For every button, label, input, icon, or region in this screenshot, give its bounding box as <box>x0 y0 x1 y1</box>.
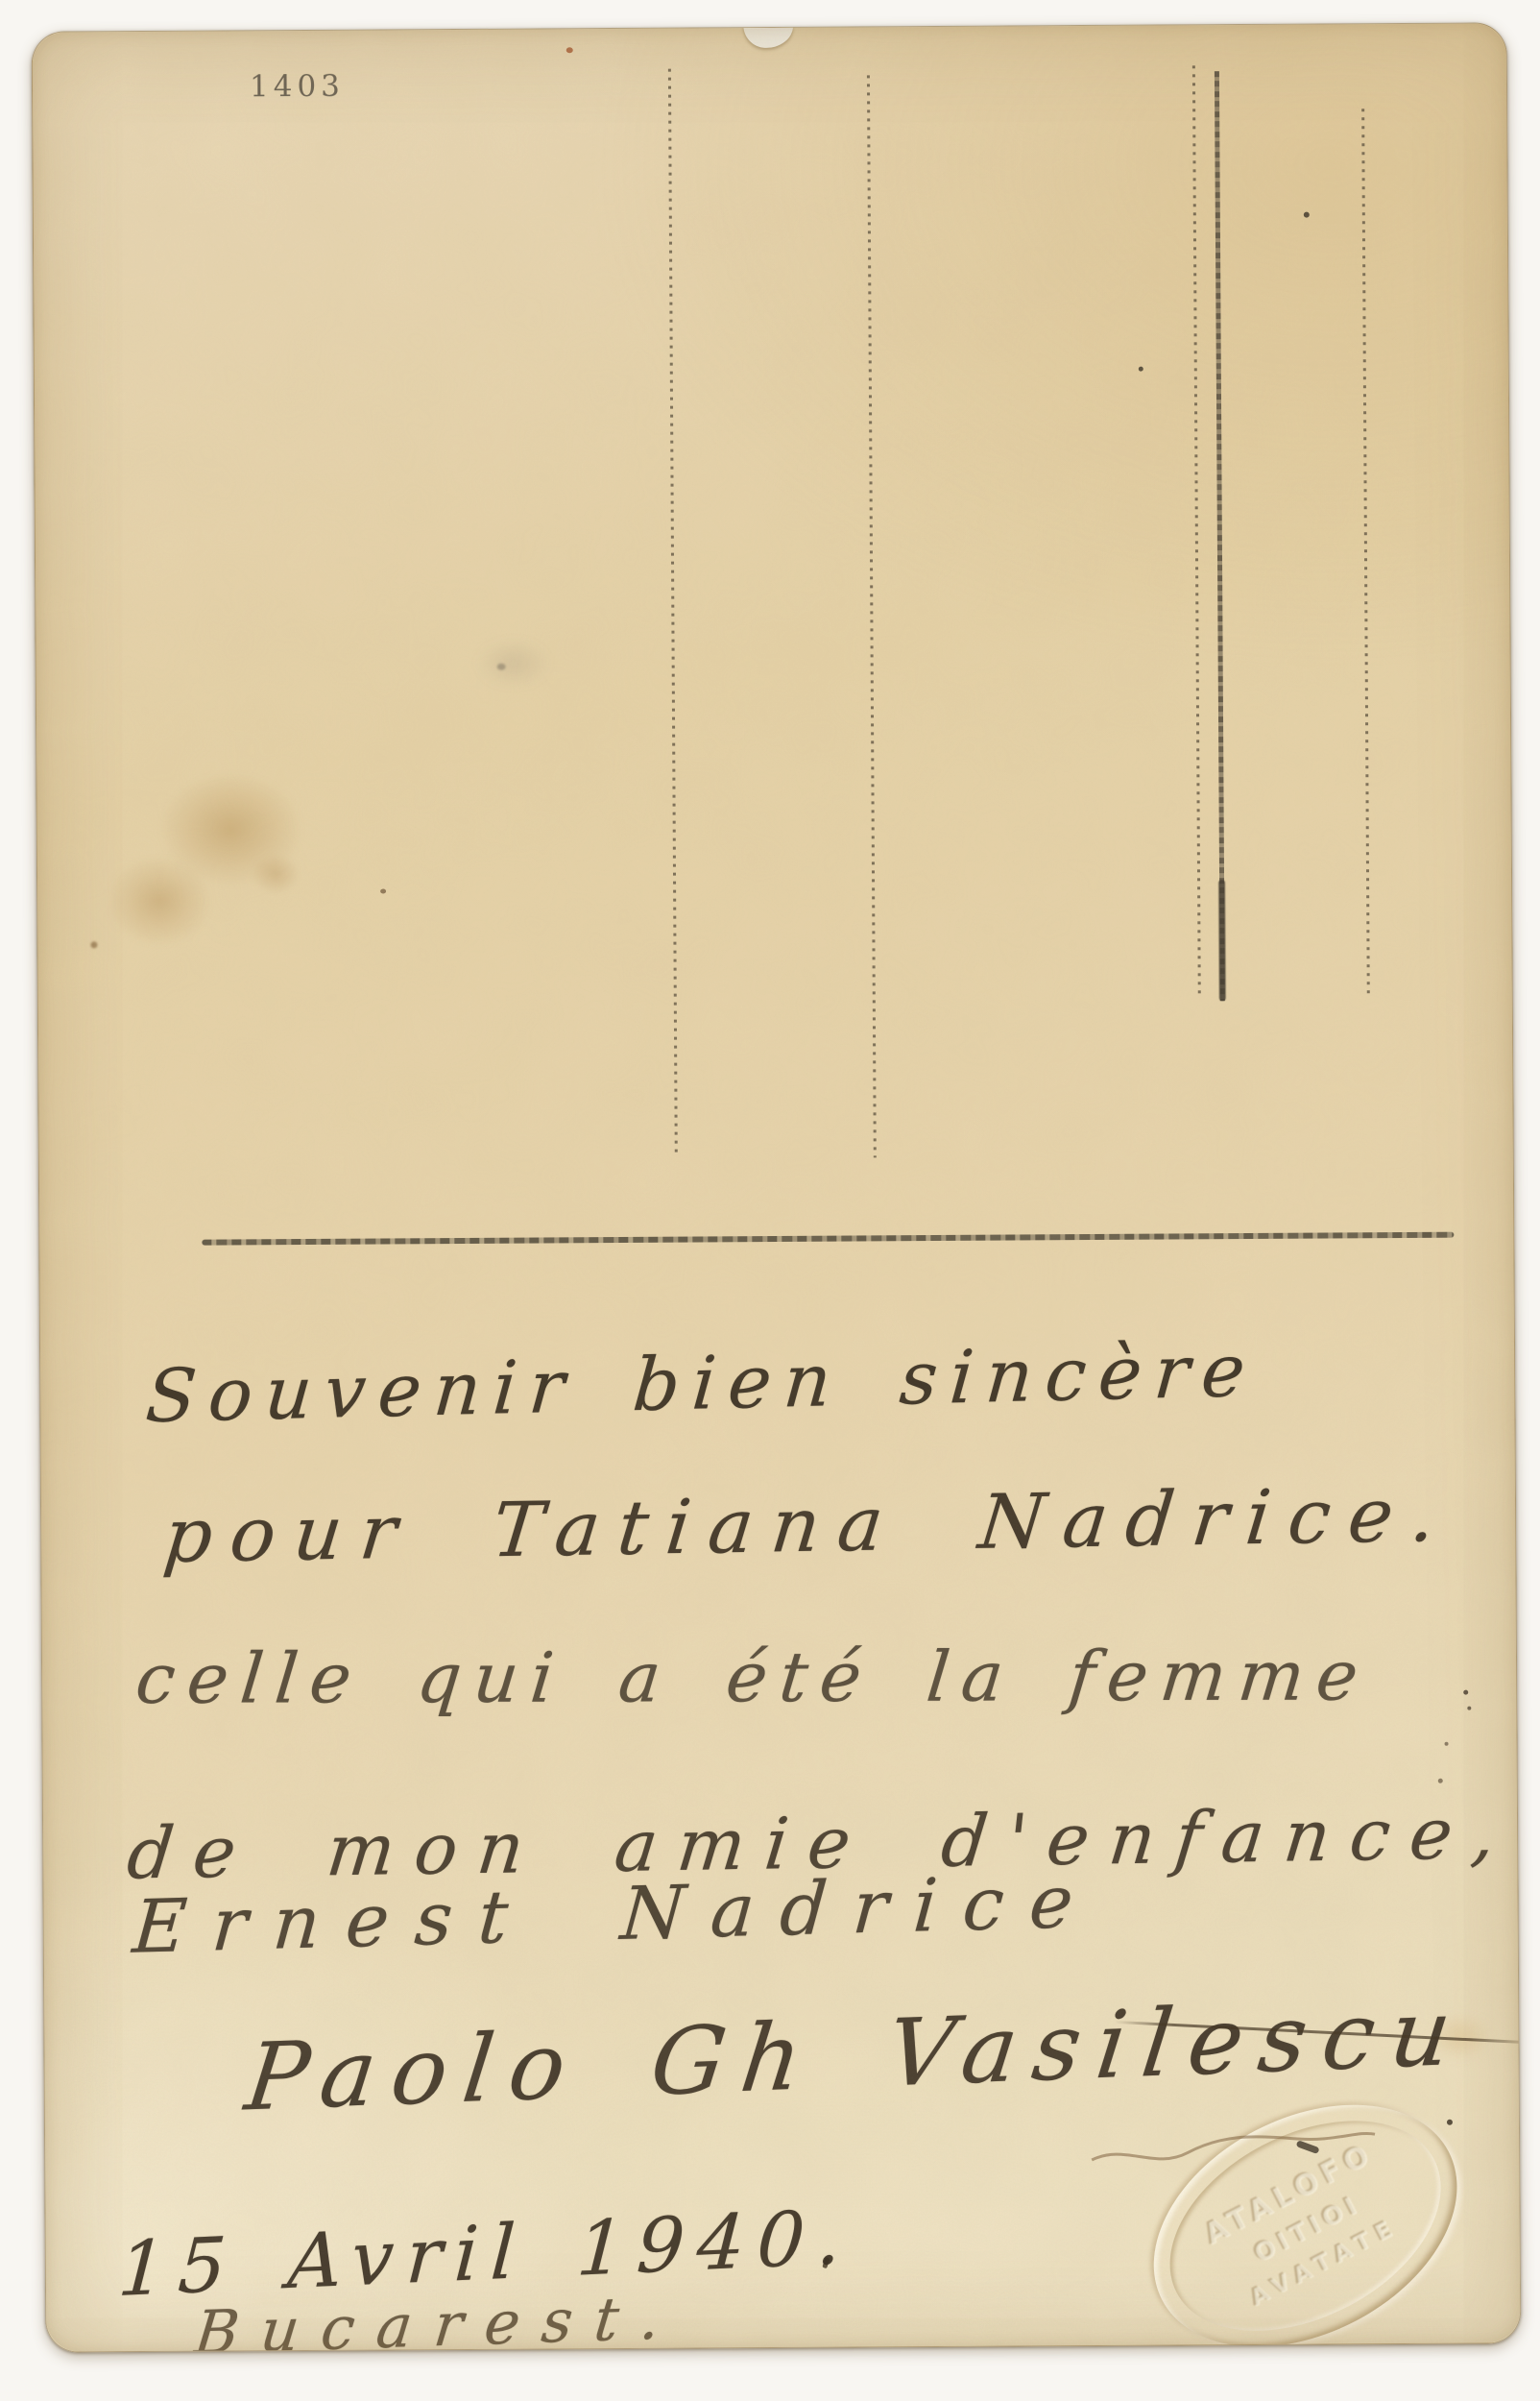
dotted-guide-line-3 <box>1192 65 1201 995</box>
ink-squiggle <box>1087 2105 1384 2184</box>
dotted-guide-line-4 <box>1361 109 1370 996</box>
message-divider-line <box>202 1232 1454 1246</box>
message-line-3: celle qui a été la femme <box>132 1635 1375 1718</box>
foxing-stain <box>107 856 213 948</box>
scan-background: { "postcard": { "serial_number": "1403",… <box>0 0 1540 2401</box>
ink-fleck <box>1447 2120 1453 2125</box>
gray-smudge <box>460 629 565 697</box>
ink-fleck <box>380 888 386 893</box>
stamp-text: ATALOFO OITIOI AVATATE <box>1113 2056 1498 2353</box>
ink-fleck <box>1139 367 1143 372</box>
foxing-stain <box>158 771 303 887</box>
postcard-back: 1403 Souvenir bien sincère pour Tatiana … <box>32 22 1522 2352</box>
foxing-stain <box>241 845 310 903</box>
ink-fleck <box>90 941 97 948</box>
message-line-1: Souvenir bien sincère <box>143 1327 1262 1439</box>
ink-fleck <box>1445 1742 1449 1746</box>
message-line-2: pour Tatiana Nadrice. <box>159 1472 1457 1580</box>
ink-fleck <box>1438 1779 1443 1783</box>
ink-fleck <box>497 664 506 670</box>
dotted-guide-line-2 <box>867 75 877 1157</box>
ink-fleck <box>1304 212 1310 218</box>
serial-number: 1403 <box>250 69 345 105</box>
solid-guide-line-dark-end <box>1218 880 1226 1001</box>
embossed-stamp: ATALOFO OITIOI AVATATE <box>1113 2056 1498 2353</box>
dotted-guide-line-1 <box>668 69 678 1152</box>
paper-chip <box>742 24 793 49</box>
ink-fleck <box>1463 1690 1468 1695</box>
ink-fleck <box>566 47 573 53</box>
ink-fleck <box>1467 1707 1471 1710</box>
solid-guide-line <box>1215 71 1225 1001</box>
